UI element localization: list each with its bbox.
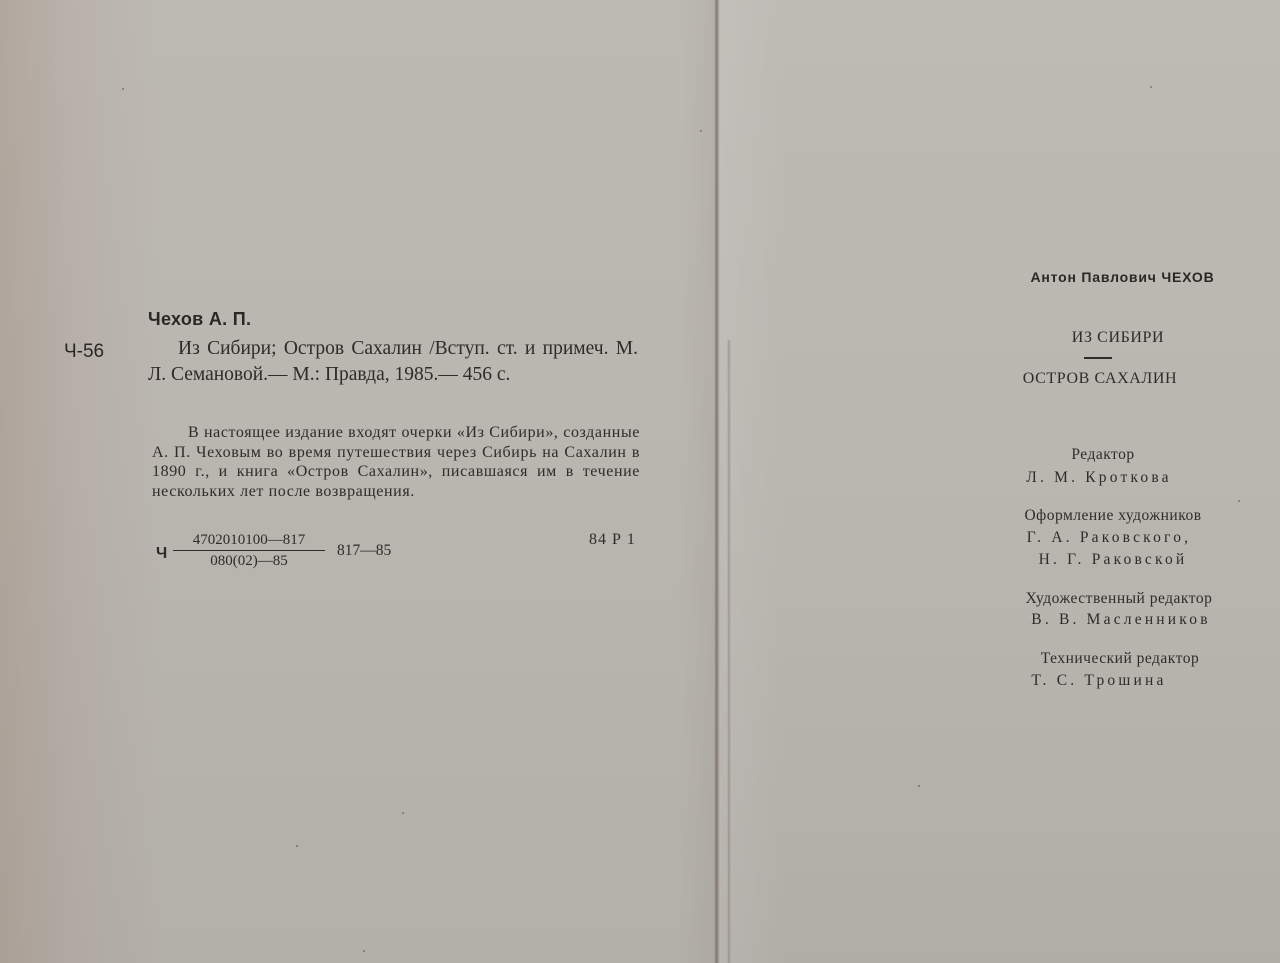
bibliographic-entry: Из Сибири; Остров Сахалин /Вступ. ст. и … bbox=[148, 336, 638, 388]
catalog-author-heading: Чехов А. П. bbox=[148, 309, 251, 330]
paper-speck bbox=[700, 130, 702, 132]
credit-role-design: Оформление художников bbox=[948, 507, 1278, 525]
full-author-name: Антон Павлович ЧЕХОВ bbox=[960, 269, 1280, 285]
paper-speck bbox=[122, 88, 124, 90]
index-code: 817—85 bbox=[337, 542, 391, 560]
index-denominator: 080(02)—85 bbox=[173, 551, 325, 571]
title-separator-dash bbox=[1084, 357, 1112, 359]
credit-role-tech-editor: Технический редактор bbox=[955, 650, 1280, 668]
left-page-imprint: Чехов А. П. Ч-56 Из Сибири; Остров Сахал… bbox=[0, 0, 718, 963]
book-gutter-shadow bbox=[727, 340, 731, 963]
paper-speck bbox=[918, 785, 920, 787]
credit-name-tech-editor: Т. С. Трошина bbox=[934, 672, 1264, 690]
paper-speck bbox=[1150, 86, 1152, 88]
paper-speck bbox=[402, 812, 404, 814]
bibliographic-entry-text: Из Сибири; Остров Сахалин /Вступ. ст. и … bbox=[148, 338, 638, 385]
credit-role-editor: Редактор bbox=[938, 446, 1268, 464]
credit-name-designer-1: Г. А. Раковского, bbox=[944, 529, 1274, 547]
work-title-1: ИЗ СИБИРИ bbox=[953, 329, 1280, 347]
book-annotation: В настоящее издание входят очерки «Из Си… bbox=[152, 423, 640, 501]
work-title-2: ОСТРОВ САХАЛИН bbox=[935, 370, 1265, 388]
open-book-spread: Чехов А. П. Ч-56 Из Сибири; Остров Сахал… bbox=[0, 0, 1280, 963]
paper-speck bbox=[296, 845, 298, 847]
publishing-index: Ч 4702010100—817 080(02)—85 817—85 84 Р … bbox=[156, 531, 656, 575]
index-numerator: 4702010100—817 bbox=[173, 531, 325, 551]
bbk-code: 84 Р 1 bbox=[589, 531, 636, 549]
index-fraction: 4702010100—817 080(02)—85 bbox=[173, 531, 325, 571]
classification-code: Ч-56 bbox=[64, 341, 104, 363]
credit-name-art-editor: В. В. Масленников bbox=[956, 611, 1280, 629]
credit-name-designer-2: Н. Г. Раковской bbox=[948, 551, 1278, 569]
credit-role-art-editor: Художественный редактор bbox=[954, 590, 1280, 608]
paper-speck bbox=[1238, 500, 1240, 502]
index-letter: Ч bbox=[156, 545, 167, 563]
credit-name-editor: Л. М. Кроткова bbox=[934, 469, 1264, 487]
book-annotation-text: В настоящее издание входят очерки «Из Си… bbox=[152, 424, 640, 500]
paper-speck bbox=[363, 950, 365, 952]
book-gutter-fold bbox=[714, 0, 720, 963]
